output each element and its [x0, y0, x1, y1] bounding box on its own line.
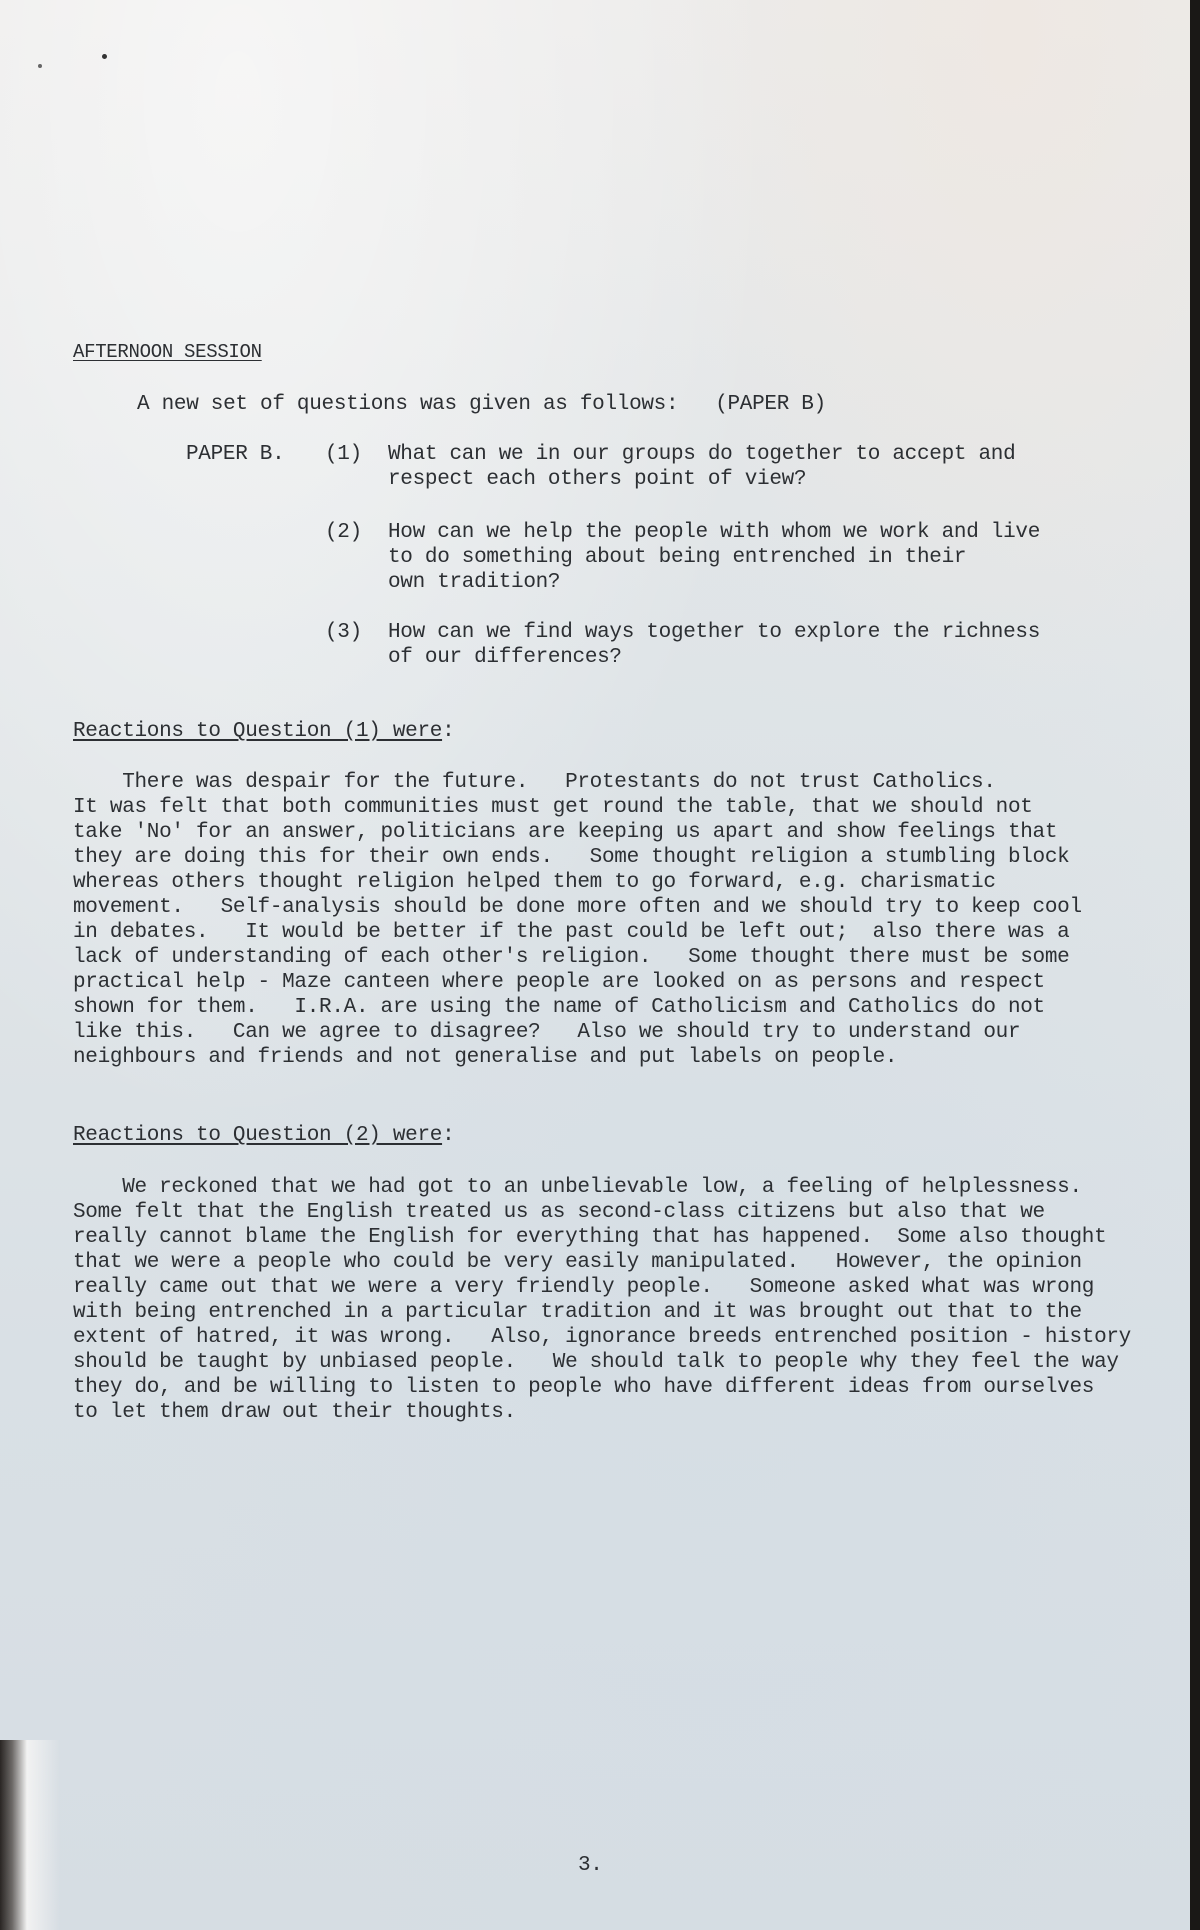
- page-number: 3.: [578, 1853, 603, 1878]
- paragraph-line: shown for them. I.R.A. are using the nam…: [73, 995, 1045, 1020]
- paragraph-line: lack of understanding of each other's re…: [73, 945, 1069, 970]
- paper-label: PAPER B.: [186, 442, 284, 467]
- paragraph-line: with being entrenched in a particular tr…: [73, 1300, 1082, 1325]
- reactions-heading-text: Reactions to Question (2) were: [73, 1124, 442, 1147]
- reactions-heading: Reactions to Question (1) were:: [73, 719, 454, 744]
- question-text-line: to do something about being entrenched i…: [388, 545, 966, 570]
- paragraph-line: to let them draw out their thoughts.: [73, 1400, 516, 1425]
- reactions-heading-colon: :: [442, 1124, 454, 1147]
- paragraph-line: There was despair for the future. Protes…: [73, 770, 996, 795]
- paragraph-line: Some felt that the English treated us as…: [73, 1200, 1045, 1225]
- paragraph-line: We reckoned that we had got to an unbeli…: [73, 1175, 1082, 1200]
- paragraph-line: in debates. It would be better if the pa…: [73, 920, 1069, 945]
- paragraph-line: neighbours and friends and not generalis…: [73, 1045, 897, 1070]
- paragraph-line: they are doing this for their own ends. …: [73, 845, 1069, 870]
- reactions-heading-text: Reactions to Question (1) were: [73, 720, 442, 743]
- paragraph-line: movement. Self-analysis should be done m…: [73, 895, 1082, 920]
- paragraph-line: like this. Can we agree to disagree? Als…: [73, 1020, 1020, 1045]
- ink-speck: [102, 54, 107, 59]
- question-text-line: What can we in our groups do together to…: [388, 442, 1015, 467]
- section-title: AFTERNOON SESSION: [73, 340, 262, 365]
- question-text-line: How can we find ways together to explore…: [388, 620, 1040, 645]
- paragraph-line: whereas others thought religion helped t…: [73, 870, 996, 895]
- paragraph-line: really came out that we were a very frie…: [73, 1275, 1094, 1300]
- paragraph-line: It was felt that both communities must g…: [73, 795, 1033, 820]
- question-number: (2): [325, 520, 362, 545]
- question-text-line: How can we help the people with whom we …: [388, 520, 1040, 545]
- page-curl-shadow: [0, 1740, 60, 1930]
- paragraph-line: practical help - Maze canteen where peop…: [73, 970, 1045, 995]
- paragraph-line: extent of hatred, it was wrong. Also, ig…: [73, 1325, 1131, 1350]
- question-text-line: own tradition?: [388, 570, 560, 595]
- question-number: (1): [325, 442, 362, 467]
- question-number: (3): [325, 620, 362, 645]
- paragraph-line: should be taught by unbiased people. We …: [73, 1350, 1119, 1375]
- paragraph-line: really cannot blame the English for ever…: [73, 1225, 1106, 1250]
- paragraph-line: take 'No' for an answer, politicians are…: [73, 820, 1057, 845]
- question-text-line: of our differences?: [388, 645, 622, 670]
- intro-line: A new set of questions was given as foll…: [137, 392, 826, 417]
- paragraph-line: that we were a people who could be very …: [73, 1250, 1082, 1275]
- reactions-heading-colon: :: [442, 720, 454, 743]
- paragraph-line: they do, and be willing to listen to peo…: [73, 1375, 1094, 1400]
- ink-speck: [38, 64, 42, 68]
- question-text-line: respect each others point of view?: [388, 467, 806, 492]
- reactions-heading: Reactions to Question (2) were:: [73, 1123, 454, 1148]
